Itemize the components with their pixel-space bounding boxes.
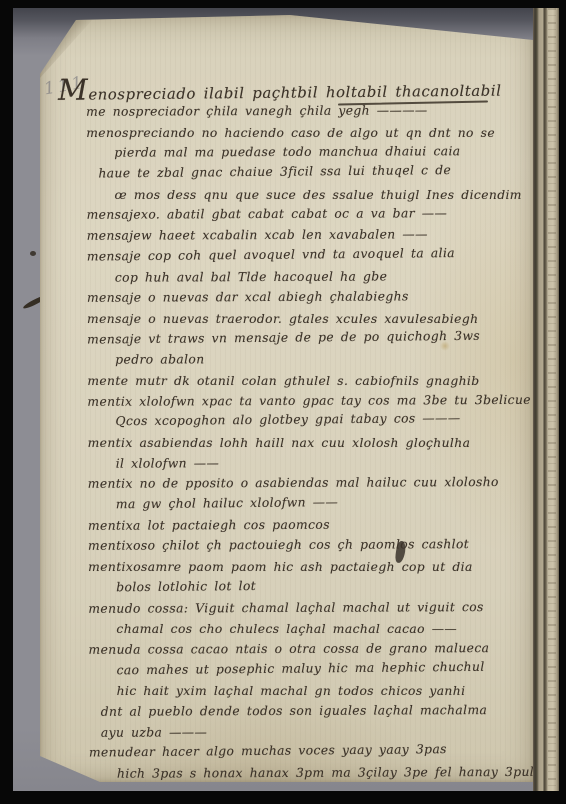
manuscript-line: bolos lotlohic lot lot: [42, 573, 535, 598]
manuscript-line: dnt al pueblo dende todos son iguales la…: [43, 700, 536, 723]
manuscript-line: mensaje vt traws vn mensaje de pe de po …: [41, 325, 534, 350]
adjacent-page-edge: [548, 8, 556, 791]
manuscript-line: cop huh aval bal Tlde hacoquel ha gbe: [41, 265, 534, 288]
book-gutter: [533, 8, 559, 791]
manuscript-text: Menospreciado ilabil paçhtbil holtabil t…: [40, 76, 536, 785]
manuscript-line: pedro abalon: [41, 348, 534, 371]
photo-frame: 111 Menospreciado ilabil paçhtbil holtab…: [0, 0, 566, 804]
manuscript-line: mentixoso çhilot çh pactouiegh cos çh pa…: [42, 534, 535, 557]
manuscript-line: hic hait yxim laçhal machal gn todos chi…: [43, 681, 536, 702]
manuscript-line: il xlolofwn ——: [42, 452, 535, 475]
manuscript-line: mente mutr dk otanil colan gthulel s. ca…: [41, 371, 534, 392]
manuscript-line: mensaje cop coh quel avoquel vnd ta avoq…: [41, 242, 534, 267]
manuscript-line: mentixa lot pactaiegh cos paomcos: [42, 514, 535, 537]
manuscript-line: chamal cos cho chulecs laçhal machal cac…: [42, 619, 535, 640]
manuscript-line: œ mos dess qnu que suce des ssalue thuig…: [41, 185, 534, 206]
manuscript-line: Qcos xcopoghon alo glotbey gpai tabay co…: [41, 408, 534, 433]
manuscript-line: cao mahes ut posephic maluy hic ma hephi…: [42, 656, 535, 681]
manuscript-line: ma gw çhol hailuc xlolofwn ——: [42, 490, 535, 515]
manuscript-line: menudo cossa: Viguit chamal laçhal macha…: [42, 596, 535, 619]
manuscript-line: hich 3pas s honax hanax 3pm ma 3çilay 3p…: [43, 762, 536, 785]
manuscript-line: mensajexo. abatil gbat cabat cabat oc a …: [41, 203, 534, 226]
manuscript-line: haue te zbal gnac chaiue 3ficil ssa lui …: [40, 159, 533, 184]
manuscript-line: mentix asabiendas lohh haill nax cuu xlo…: [42, 433, 535, 454]
manuscript-line: menudear hacer algo muchas voces yaay ya…: [43, 739, 536, 764]
manuscript-page: 111 Menospreciado ilabil paçhtbil holtab…: [40, 14, 533, 782]
manuscript-line: Menospreciado ilabil paçhtbil holtabil t…: [40, 73, 533, 102]
manuscript-line: mensaje o nuevas dar xcal abiegh çhalabi…: [41, 286, 534, 309]
manuscript-line: menospreciando no haciendo caso de algo …: [40, 123, 533, 144]
margin-ink-dot: [30, 251, 36, 256]
